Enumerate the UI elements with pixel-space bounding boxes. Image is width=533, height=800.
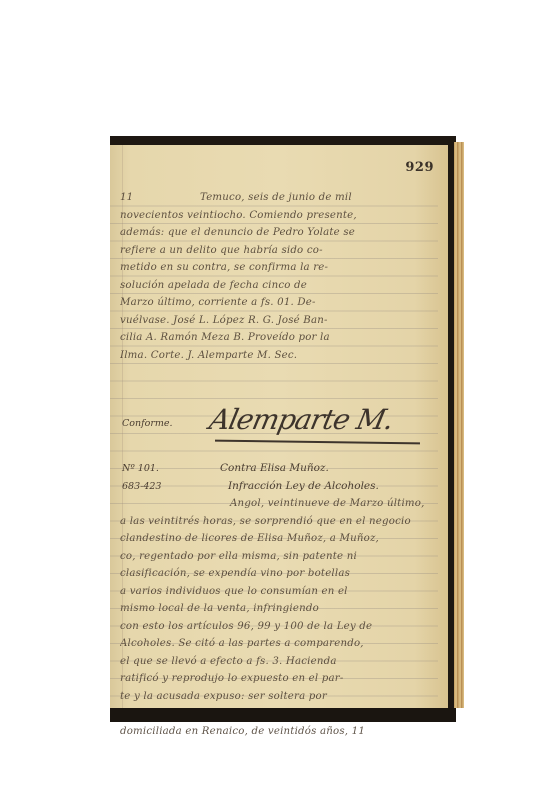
text-line: solución apelada de fecha cinco de xyxy=(120,277,434,295)
page-edge xyxy=(454,142,464,708)
title-line: Infracción Ley de Alcoholes. xyxy=(220,478,379,496)
text-line: Alcoholes. Se citó a las partes a compar… xyxy=(120,635,434,653)
text-line: mismo local de la venta, infringiendo xyxy=(120,600,434,618)
text-line: vuélvase. José L. López R. G. José Ban- xyxy=(120,312,434,330)
entry-two-title: Contra Elisa Muñoz. Infracción Ley de Al… xyxy=(220,460,379,495)
book-bottom-shadow xyxy=(110,708,456,722)
ledger-book: 929 11Temuco, seis de junio de mil novec… xyxy=(110,136,456,722)
ledger-page: 929 11Temuco, seis de junio de mil novec… xyxy=(110,145,448,708)
text-line: además: que el denuncio de Pedro Yolate … xyxy=(120,224,434,242)
text-line: metido en su contra, se confirma la re- xyxy=(120,259,434,277)
text-line: con esto los artículos 96, 99 y 100 de l… xyxy=(120,618,434,636)
entry-two-text: Angol, veintinueve de Marzo último, a la… xyxy=(120,495,434,740)
text-line: cilia A. Ramón Meza B. Proveído por la xyxy=(120,329,434,347)
text-line: te y la acusada expuso: ser soltera por xyxy=(120,688,434,706)
entry-one-text: 11Temuco, seis de junio de mil novecient… xyxy=(120,189,434,364)
entry-number: Nº 101. xyxy=(122,460,161,478)
title-line: Contra Elisa Muñoz. xyxy=(220,460,379,478)
page-number: 929 xyxy=(405,160,434,175)
conforme-note: Conforme. xyxy=(122,418,173,429)
text-line: a varios individuos que lo consumían en … xyxy=(120,583,434,601)
margin-mark: 11 xyxy=(120,189,133,207)
entry-two-meta: Nº 101. 683-423 xyxy=(122,460,161,495)
text-line: novecientos veintiocho. Comiendo present… xyxy=(120,207,434,225)
text-line: co, regentado por ella misma, sin patent… xyxy=(120,548,434,566)
text-line: ratificó y reprodujo lo expuesto en el p… xyxy=(120,670,434,688)
text-line: 11Temuco, seis de junio de mil xyxy=(120,189,434,207)
text-line: clandestino de licores de Elisa Muñoz, a… xyxy=(120,530,434,548)
text-line: el que se llevó a efecto a fs. 3. Hacien… xyxy=(120,653,434,671)
signature: Alemparte M. xyxy=(206,403,396,436)
text-line: Ilma. Corte. J. Alemparte M. Sec. xyxy=(120,347,434,365)
text-line: domiciliada en Renaico, de veintidós año… xyxy=(120,723,434,741)
text-line: refiere a un delito que habría sido co- xyxy=(120,242,434,260)
text-line: Marzo último, corriente a fs. 01. De- xyxy=(120,294,434,312)
text-line: Angol, veintinueve de Marzo último, xyxy=(120,495,434,513)
text-line: clasificación, se expendía vino por bote… xyxy=(120,565,434,583)
text-line: a las veintitrés horas, se sorprendió qu… xyxy=(120,513,434,531)
entry-reference: 683-423 xyxy=(122,478,161,496)
